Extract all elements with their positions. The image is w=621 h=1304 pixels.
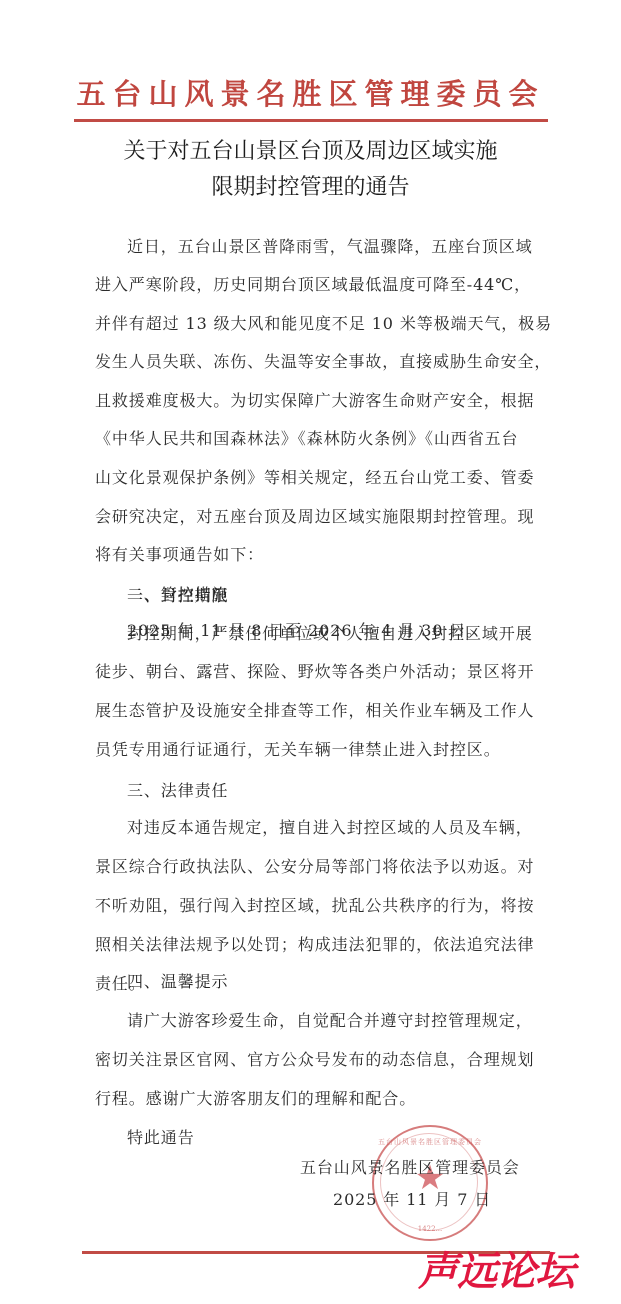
document-title-line1: 关于对五台山景区台顶及周边区域实施 (0, 134, 621, 165)
section-heading: 二、管控措施 (127, 582, 228, 605)
text-line: 近日，五台山景区普降雨雪，气温骤降，五座台顶区域 (127, 234, 533, 257)
text-line: 徒步、朝台、露营、探险、野炊等各类户外活动；景区将开 (95, 659, 534, 682)
text-line: 《中华人民共和国森林法》《森林防火条例》《山西省五台 (95, 426, 518, 449)
closing-text: 特此通告 (127, 1125, 195, 1148)
text-line: 进入严寒阶段，历史同期台顶区域最低温度可降至-44℃， (95, 272, 531, 295)
section-heading: 四、温馨提示 (127, 969, 228, 992)
watermark-logo: 声远论坛 (418, 1252, 574, 1292)
text-line: 密切关注景区官网、官方公众号发布的动态信息，合理规划 (95, 1047, 534, 1070)
text-line: 对违反本通告规定，擅自进入封控区域的人员及车辆， (127, 815, 533, 838)
red-rule-bottom (82, 1251, 304, 1254)
text-line: 且救援难度极大。为切实保障广大游客生命财产安全，根据 (95, 388, 534, 411)
text-line: 员凭专用通行证通行，无关车辆一律禁止进入封控区。 (95, 737, 501, 760)
stamp-arc-text: 五台山风景名胜区管理委员会 (374, 1137, 486, 1147)
red-rule-top (74, 119, 548, 122)
text-line: 景区综合行政执法队、公安分局等部门将依法予以劝返。对 (95, 854, 534, 877)
text-line: 发生人员失联、冻伤、失温等安全事故，直接威胁生命安全， (95, 349, 551, 372)
text-line: 请广大游客珍爱生命，自觉配合并遵守封控管理规定， (127, 1008, 533, 1031)
text-line: 不听劝阻，强行闯入封控区域，扰乱公共秩序的行为，将按 (95, 893, 534, 916)
text-line: 会研究决定，对五座台顶及周边区域实施限期封控管理。现 (95, 504, 534, 527)
document-title-line2: 限期封控管理的通告 (0, 170, 621, 201)
text-line: 将有关事项通告如下： (95, 542, 264, 565)
official-stamp: 五台山风景名胜区管理委员会 ★ 1422... (372, 1125, 488, 1241)
signature-org: 五台山风景名胜区管理委员会 (300, 1155, 520, 1178)
section-heading: 三、法律责任 (127, 778, 228, 801)
text-line: 并伴有超过 13 级大风和能见度不足 10 米等极端天气，极易 (95, 311, 552, 334)
signature-date: 2025 年 11 月 7 日 (333, 1187, 491, 1210)
text-line: 照相关法律法规予以处罚；构成违法犯罪的，依法追究法律 (95, 932, 534, 955)
text-line: 山文化景观保护条例》等相关规定，经五台山党工委、管委 (95, 465, 534, 488)
org-header-title: 五台山风景名胜区管理委员会 (0, 72, 621, 113)
text-line: 封控期间，严禁任何单位或个人擅自进入封控区域开展 (127, 621, 533, 644)
text-line: 行程。感谢广大游客朋友们的理解和配合。 (95, 1086, 416, 1109)
text-line: 展生态管护及设施安全排查等工作，相关作业车辆及工作人 (95, 698, 534, 721)
stamp-code: 1422... (374, 1225, 486, 1233)
